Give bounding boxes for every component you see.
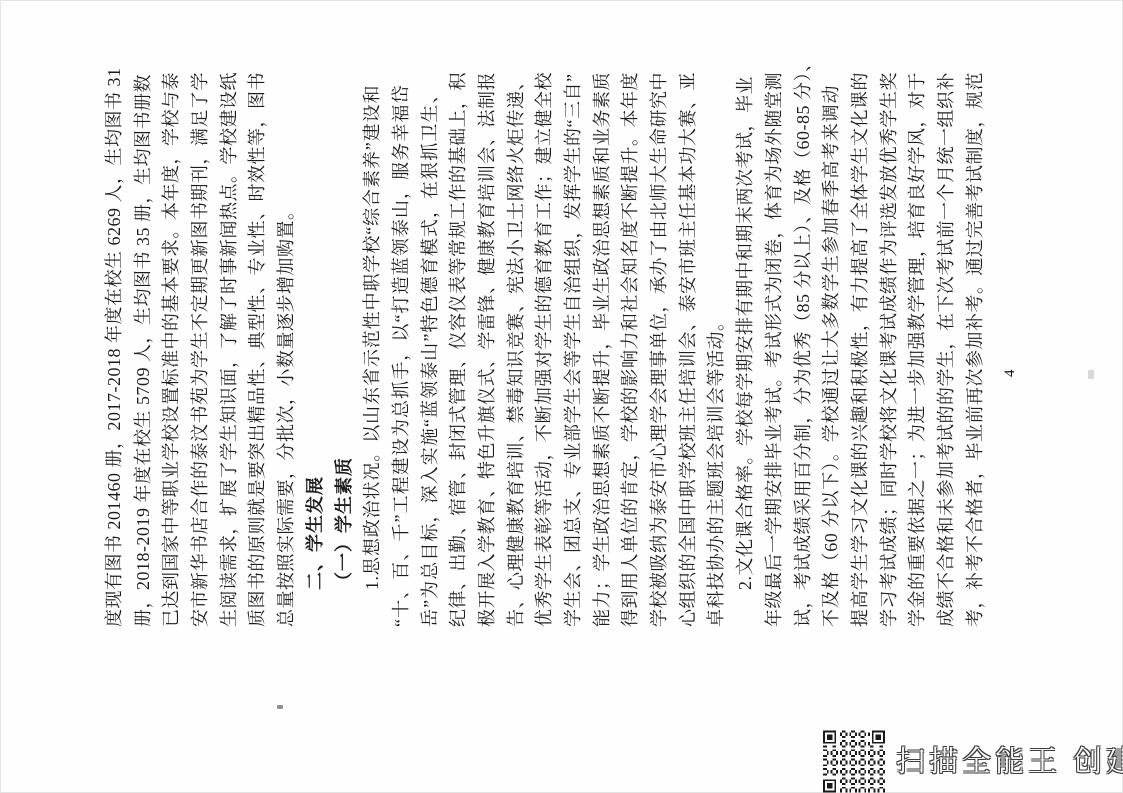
text-line: 1.思想政治状况。以山东省示范性中职学校“综合素养”建设和 [358,85,387,627]
text-line: 成绩不合格和未参加考试的的学生，在下次考试前一个月统一组织补 [932,85,961,627]
text-line: 考，补考不合格者，毕业前再次参加补考。通过完善考试制度，规范 [961,85,990,627]
scan-speck [277,705,283,709]
text-line: 安市新华书店合作的泰汶书苑为学生不定期更新图书期刊，满足了学 [186,85,215,627]
scanner-watermark: 扫描全能王 创建 [823,730,1123,793]
text-line: 得到用人单位的肯定，学校的影响力和社会知名度不断提升。本年度 [616,85,645,627]
text-line: 学金的重要依据之一；为进一步加强教学管理，培育良好学风，对于 [903,85,932,627]
text-line: 二、学生发展 [301,85,330,627]
text-line: 年级最后一学期安排毕业考试。考试形式为闭卷，体育为场外随堂测 [760,85,789,627]
watermark-label: 扫描全能王 创建 [896,739,1123,780]
scanned-page: 度现有图书 201460 册，2017-2018 年度在校生 6269 人，生均… [0,0,1123,793]
document-text-block: 度现有图书 201460 册，2017-2018 年度在校生 6269 人，生均… [100,85,989,627]
text-line: 学习考试成绩；同时学校将文化课考试成绩作为评选发放优秀学生奖 [875,85,904,627]
page-number: 4 [1002,370,1019,378]
text-line: 心组织的全国中职学校班主任培训会、泰安市班主任基本功大赛、亚 [674,85,703,627]
text-line: “十、百、千”工程建设为总抓手，以“打造蓝领泰山，服务幸福岱 [387,85,416,627]
text-line: 已达到国家中等职业学校设置标准中的基本要求。本年度，学校与泰 [157,85,186,627]
text-line: 卓科技协办的主题班会培训会等活动。 [702,85,731,627]
text-line: 提高学生学习文化课的兴趣和积极性，有力提高了全体学生文化课的 [846,85,875,627]
scan-speck [1088,370,1094,379]
text-line: 生阅读需求，扩展了学生知识面，了解了时事新闻热点。学校建设纸 [215,85,244,627]
text-line: 度现有图书 201460 册，2017-2018 年度在校生 6269 人，生均… [100,85,129,627]
text-line: （一）学生素质 [330,85,359,627]
qr-code-icon [823,730,885,793]
document-page: 度现有图书 201460 册，2017-2018 年度在校生 6269 人，生均… [0,0,1123,793]
text-line: 质图书的原则就是要突出精品性、典型性、专业性、时效性等，图书 [243,85,272,627]
text-line: 不及格（60 分以下）。学校通过让大多数学生参加春季高考来调动 [817,85,846,627]
text-line: 册，2018-2019 年度在校生 5709 人，生均图书 35 册，生均图书册… [129,85,158,627]
text-line: 总量按照实际需要，分批次，小数量逐步增加购置。 [272,85,301,627]
text-line: 2.文化课合格率。学校每学期安排有期中和期末两次考试，毕业 [731,85,760,627]
text-line: 学生会、团总支、专业部学生会等学生自治组织，发挥学生的“三自” [559,85,588,627]
text-line: 优秀学生表彰等活动，不断加强对学生的德育教育工作；建立健全校 [530,85,559,627]
text-line: 试，考试成绩采用百分制，分为优秀（85 分以上）、及格（60-85 分）、 [789,85,818,627]
text-line: 纪律、出勤、宿管、封闭式管理、仪容仪表等常规工作的基础上，积 [444,85,473,627]
text-line: 学校被吸纳为泰安市心理学会理事单位，承办了由北师大生命研究中 [645,85,674,627]
text-line: 岳”为总目标，深入实施“蓝领泰山”特色德育模式，在狠抓卫生、 [416,85,445,627]
text-line: 能力；学生政治思想素质不断提升，毕业生政治思想素质和业务素质 [588,85,617,627]
text-line: 极开展入学教育、特色升旗仪式、学雷锋、健康教育培训会、法制报 [473,85,502,627]
text-line: 告、心理健康教育培训、禁毒知识竞赛、宪法小卫士网络火炬传递、 [502,85,531,627]
